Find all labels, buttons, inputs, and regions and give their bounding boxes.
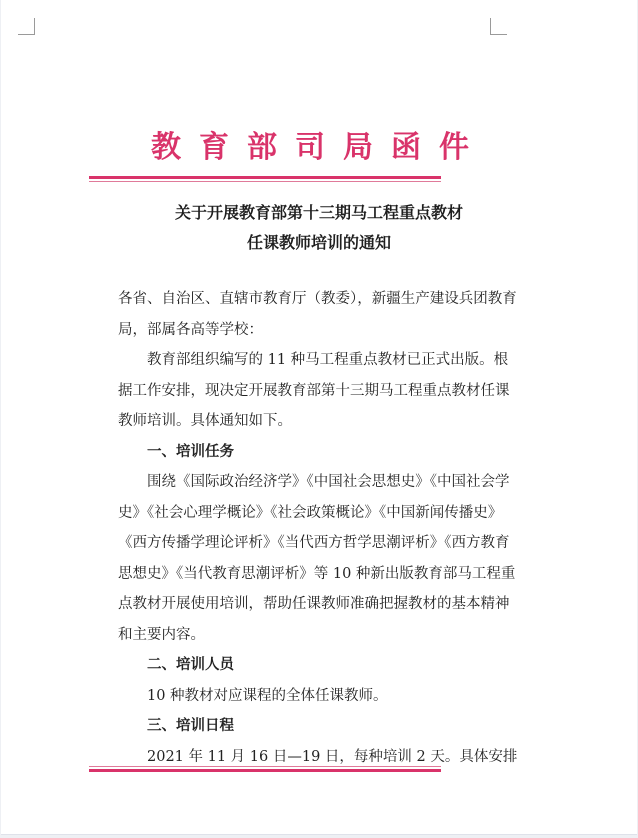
document-title-line2: 任课教师培训的通知 bbox=[1, 228, 637, 258]
section-text-tasks: 围绕《国际政治经济学》《中国社会思想史》《中国社会学史》《社会心理学概论》《社会… bbox=[118, 467, 518, 650]
intro-paragraph: 教育部组织编写的 11 种马工程重点教材已正式出版。根据工作安排，现决定开展教育… bbox=[118, 345, 518, 437]
section-text-participants: 10 种教材对应课程的全体任课教师。 bbox=[118, 681, 518, 712]
section-heading-tasks: 一、培训任务 bbox=[118, 437, 518, 468]
footer-divider bbox=[89, 766, 441, 772]
crop-mark-top-left bbox=[18, 18, 35, 35]
document-title: 关于开展教育部第十三期马工程重点教材 任课教师培训的通知 bbox=[1, 198, 637, 258]
document-page: 教育部司局函件 关于开展教育部第十三期马工程重点教材 任课教师培训的通知 各省、… bbox=[1, 0, 637, 835]
document-title-line1: 关于开展教育部第十三期马工程重点教材 bbox=[1, 198, 637, 228]
letterhead-divider bbox=[89, 176, 441, 182]
section-heading-schedule: 三、培训日程 bbox=[118, 711, 518, 742]
document-body: 各省、自治区、直辖市教育厅（教委），新疆生产建设兵团教育局，部属各高等学校： 教… bbox=[118, 284, 518, 772]
crop-mark-top-right bbox=[490, 18, 507, 35]
section-heading-participants: 二、培训人员 bbox=[118, 650, 518, 681]
letterhead-title: 教育部司局函件 bbox=[1, 122, 637, 166]
addressee: 各省、自治区、直辖市教育厅（教委），新疆生产建设兵团教育局，部属各高等学校： bbox=[118, 284, 518, 345]
